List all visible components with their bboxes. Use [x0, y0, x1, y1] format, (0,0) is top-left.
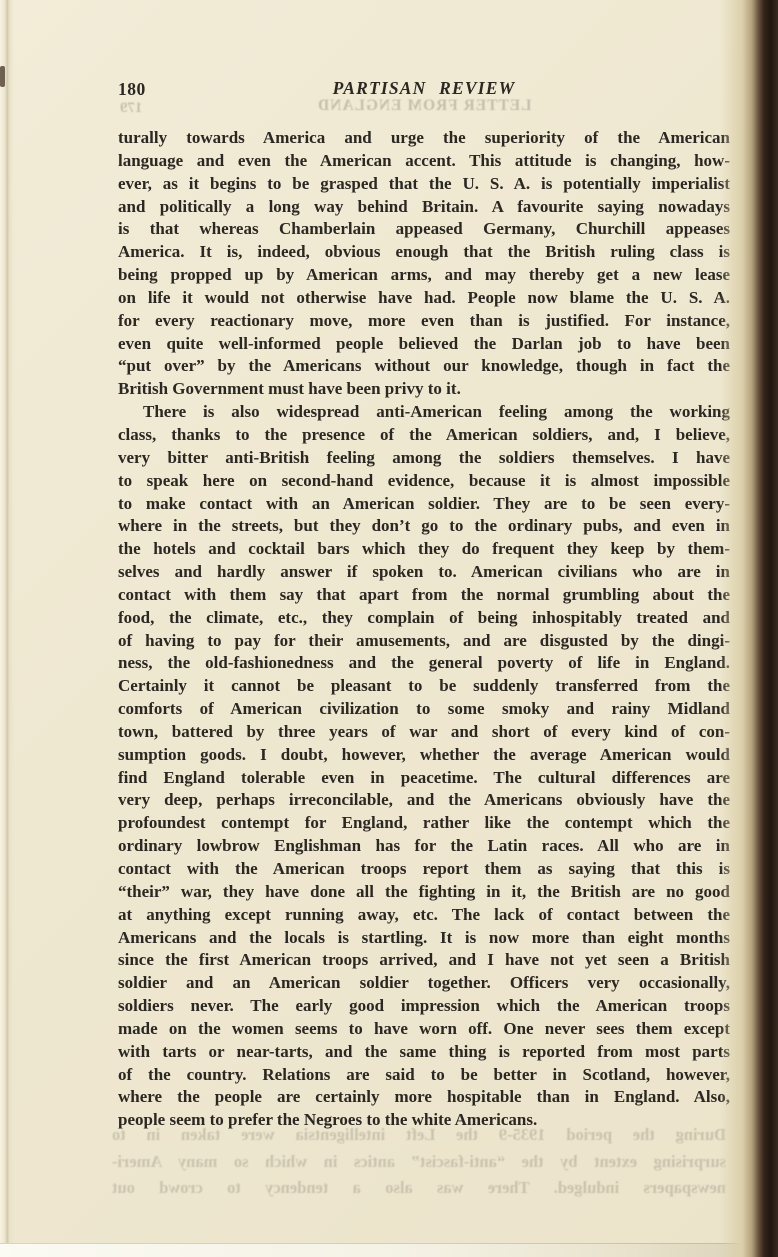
text-line: ever, as it begins to be grasped that th…	[118, 173, 730, 196]
text-line: town, battered by three years of war and…	[118, 721, 730, 744]
text-line: profoundest contempt for England, rather…	[118, 812, 730, 835]
text-line: class, thanks to the presence of the Ame…	[118, 424, 730, 447]
text-line: “put over” by the Americans without our …	[118, 355, 730, 378]
text-line: contact with them say that apart from th…	[118, 584, 730, 607]
bleedthrough-line: During the period 1935-9 the Left intell…	[112, 1122, 726, 1149]
text-line: find England tolerable even in peacetime…	[118, 767, 730, 790]
text-line: sumption goods. I doubt, however, whethe…	[118, 744, 730, 767]
text-line: comforts of American civilization to som…	[118, 698, 730, 721]
text-line: soldiers never. The early good impressio…	[118, 995, 730, 1018]
text-line: since the first American troops arrived,…	[118, 949, 730, 972]
text-line: contact with the American troops report …	[118, 858, 730, 881]
text-line: soldier and an American soldier together…	[118, 972, 730, 995]
left-edge-mark	[0, 66, 5, 87]
text-line: and politically a long way behind Britai…	[118, 196, 730, 219]
page-left-edge	[0, 0, 14, 1257]
text-line: There is also widespread anti-American f…	[118, 401, 730, 424]
journal-title: PARTISAN REVIEW	[118, 78, 730, 99]
bleedthrough-title: LETTER FROM ENGLAND	[317, 97, 532, 115]
page-bottom-edge	[0, 1243, 778, 1257]
bleedthrough-bottom: During the period 1935-9 the Left intell…	[112, 1122, 726, 1202]
text-line: the hotels and cocktail bars which they …	[118, 538, 730, 561]
text-line: of the country. Relations are said to be…	[118, 1064, 730, 1087]
text-line: turally towards America and urge the sup…	[118, 127, 730, 150]
text-line: America. It is, indeed, obvious enough t…	[118, 241, 730, 264]
bleedthrough-line: newspapers indulged. There was also a te…	[112, 1175, 726, 1202]
bleedthrough-line: surprising extent by the “anti-fascist” …	[112, 1149, 726, 1176]
text-line: made on the women seems to have worn off…	[118, 1018, 730, 1041]
book-page-scan: 180 PARTISAN REVIEW 179 LETTER FROM ENGL…	[0, 0, 778, 1257]
text-line: is that whereas Chamberlain appeased Ger…	[118, 218, 730, 241]
text-line: on life it would not otherwise have had.…	[118, 287, 730, 310]
text-line: for every reactionary move, more even th…	[118, 310, 730, 333]
text-line: with tarts or near-tarts, and the same t…	[118, 1041, 730, 1064]
text-line: “their” war, they have done all the figh…	[118, 881, 730, 904]
text-block: turally towards America and urge the sup…	[118, 127, 730, 1132]
text-line: ness, the old-fashionedness and the gene…	[118, 652, 730, 675]
bleedthrough-header: LETTER FROM ENGLAND	[118, 97, 730, 115]
text-line: ordinary lowbrow Englishman has for the …	[118, 835, 730, 858]
page-right-edge-shadow	[720, 0, 778, 1257]
text-line: Certainly it cannot be pleasant to be su…	[118, 675, 730, 698]
text-line: where in the streets, but they don’t go …	[118, 515, 730, 538]
text-line: British Government must have been privy …	[118, 378, 730, 401]
text-line: very deep, perhaps irreconcilable, and t…	[118, 789, 730, 812]
text-line: food, the climate, etc., they complain o…	[118, 607, 730, 630]
text-line: selves and hardly answer if spoken to. A…	[118, 561, 730, 584]
text-line: at anything except running away, etc. Th…	[118, 904, 730, 927]
text-line: very bitter anti-British feeling among t…	[118, 447, 730, 470]
text-line: where the people are certainly more hosp…	[118, 1086, 730, 1109]
text-line: to speak here on second-hand evidence, b…	[118, 470, 730, 493]
text-line: Americans and the locals is startling. I…	[118, 927, 730, 950]
text-line: of having to pay for their amusements, a…	[118, 630, 730, 653]
text-line: even quite well-informed people believed…	[118, 333, 730, 356]
text-line: language and even the American accent. T…	[118, 150, 730, 173]
text-line: to make contact with an American soldier…	[118, 493, 730, 516]
text-line: being propped up by American arms, and m…	[118, 264, 730, 287]
